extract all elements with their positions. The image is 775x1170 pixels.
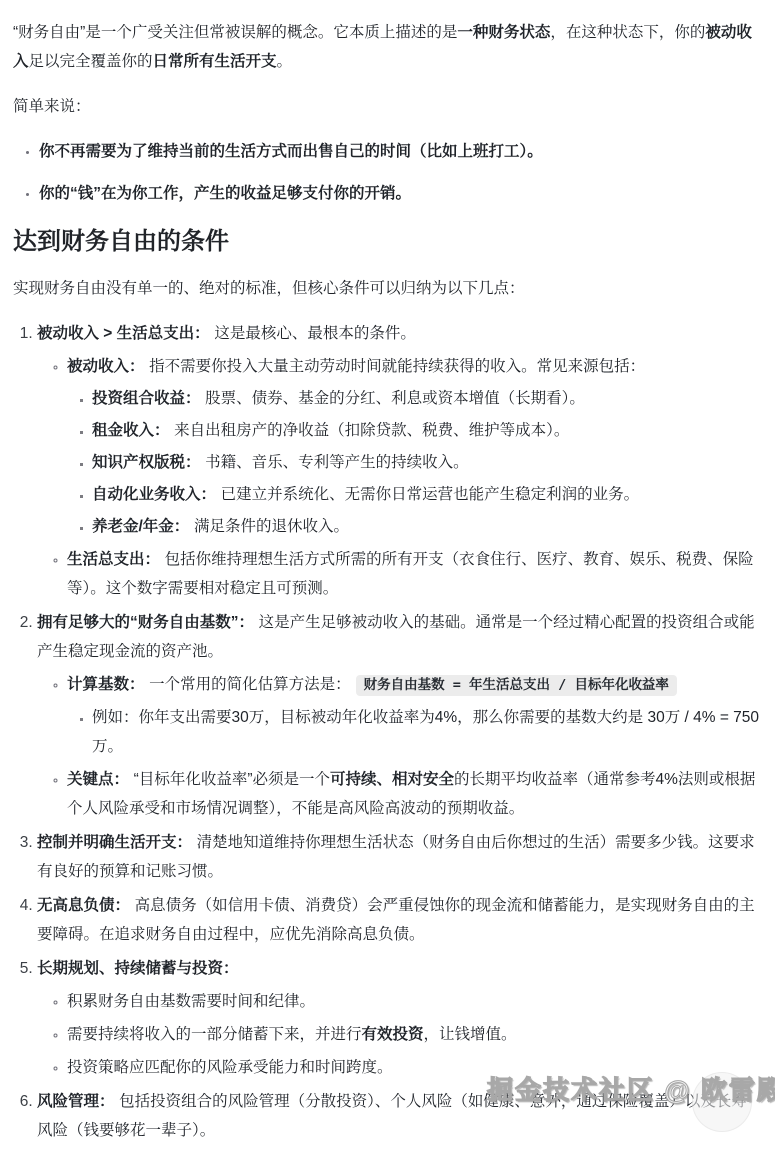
passive-income-subitem: 被动收入：指不需要你投入大量主动劳动时间就能持续获得的收入。常见来源包括： 投资… <box>67 352 761 541</box>
condition-item-3: 控制并明确生活开支：清楚地知道维持你理想生活状态（财务自由后你想过的生活）需要多… <box>37 828 761 886</box>
condition-item-5: 长期规划、持续储蓄与投资： 积累财务自由基数需要时间和纪律。 需要持续将收入的一… <box>37 954 761 1082</box>
subitem-text: ，让钱增值。 <box>424 1026 517 1043</box>
source-text: 书籍、音乐、专利等产生的持续收入。 <box>205 454 469 471</box>
condition-label: 无高息负债： <box>37 897 130 914</box>
income-source-item: 租金收入：来自出租房产的净收益（扣除贷款、税费、维护等成本）。 <box>92 416 761 445</box>
source-label: 养老金/年金： <box>92 518 189 535</box>
condition-label: 风险管理： <box>37 1093 115 1110</box>
subitem-label: 计算基数： <box>67 676 145 693</box>
example-text: 例如：你年支出需要30万，目标被动年化收益率为4%，那么你需要的基数大约是 30… <box>92 709 759 755</box>
income-source-item: 养老金/年金：满足条件的退休收入。 <box>92 512 761 541</box>
subitem-text: 需要持续将收入的一部分储蓄下来，并进行 <box>67 1026 362 1043</box>
subitem-text: 一个常用的简化估算方法是： <box>149 676 351 693</box>
source-text: 满足条件的退休收入。 <box>194 518 349 535</box>
source-label: 投资组合收益： <box>92 390 201 407</box>
subitem-text: 包括你维持理想生活方式所需的所有开支（衣食住行、医疗、教育、娱乐、税费、保险等）… <box>67 551 754 597</box>
intro-text: “财务自由”是一个广受关注但常被误解的概念。它本质上描述的是 <box>13 24 457 41</box>
condition-label: 拥有足够大的“财务自由基数”： <box>37 614 254 631</box>
formula-example-list: 例如：你年支出需要30万，目标被动年化收益率为4%，那么你需要的基数大约是 30… <box>67 703 761 761</box>
takeaway-item: 你不再需要为了维持当前的生活方式而出售自己的时间（比如上班打工）。 <box>39 137 761 166</box>
condition-label: 控制并明确生活开支： <box>37 834 192 851</box>
conditions-list: 被动收入 > 生活总支出：这是最核心、最根本的条件。 被动收入：指不需要你投入大… <box>13 319 761 1145</box>
subitem-bold: 有效投资 <box>362 1026 424 1043</box>
source-text: 来自出租房产的净收益（扣除贷款、税费、维护等成本）。 <box>174 422 569 439</box>
savings-subitem: 需要持续将收入的一部分储蓄下来，并进行有效投资，让钱增值。 <box>67 1020 761 1049</box>
condition-text: 高息债务（如信用卡债、消费贷）会严重侵蚀你的现金流和储蓄能力，是实现财务自由的主… <box>37 897 755 943</box>
takeaway-text: 你不再需要为了维持当前的生活方式而出售自己的时间（比如上班打工）。 <box>39 143 543 160</box>
section-heading: 达到财务自由的条件 <box>13 226 761 258</box>
key-point-subitem: 关键点：“目标年化收益率”必须是一个可持续、相对安全的长期平均收益率（通常参考4… <box>67 765 761 823</box>
condition-item-1: 被动收入 > 生活总支出：这是最核心、最根本的条件。 被动收入：指不需要你投入大… <box>37 319 761 603</box>
source-text: 已建立并系统化、无需你日常运营也能产生稳定利润的业务。 <box>221 486 640 503</box>
lead-in-paragraph: 简单来说： <box>13 92 761 121</box>
intro-text: 。 <box>277 53 293 70</box>
income-sources-list: 投资组合收益：股票、债券、基金的分红、利息或资本增值（长期看）。 租金收入：来自… <box>67 384 761 541</box>
subitem-text: “目标年化收益率”必须是一个 <box>134 771 330 788</box>
watermark: 掘金技术社区 @ 欧雷殿 <box>487 1070 775 1110</box>
takeaway-text: 你的“钱”在为你工作，产生的收益足够支付你的开销。 <box>39 185 411 202</box>
formula-example-item: 例如：你年支出需要30万，目标被动年化收益率为4%，那么你需要的基数大约是 30… <box>92 703 761 761</box>
savings-sublist: 积累财务自由基数需要时间和纪律。 需要持续将收入的一部分储蓄下来，并进行有效投资… <box>37 987 761 1082</box>
income-source-item: 投资组合收益：股票、债券、基金的分红、利息或资本增值（长期看）。 <box>92 384 761 413</box>
intro-text: 足以完全覆盖你的 <box>29 53 153 70</box>
savings-subitem: 积累财务自由基数需要时间和纪律。 <box>67 987 761 1016</box>
income-source-item: 知识产权版税：书籍、音乐、专利等产生的持续收入。 <box>92 448 761 477</box>
condition-label: 长期规划、持续储蓄与投资： <box>37 960 239 977</box>
condition-1-sublist: 被动收入：指不需要你投入大量主动劳动时间就能持续获得的收入。常见来源包括： 投资… <box>37 352 761 603</box>
income-source-item: 自动化业务收入：已建立并系统化、无需你日常运营也能产生稳定利润的业务。 <box>92 480 761 509</box>
living-expense-subitem: 生活总支出：包括你维持理想生活方式所需的所有开支（衣食住行、医疗、教育、娱乐、税… <box>67 545 761 603</box>
subitem-text: 指不需要你投入大量主动劳动时间就能持续获得的收入。常见来源包括： <box>149 358 645 375</box>
subitem-label: 生活总支出： <box>67 551 160 568</box>
subitem-label: 关键点： <box>67 771 129 788</box>
formula-code: 财务自由基数 = 年生活总支出 / 目标年化收益率 <box>356 675 677 696</box>
takeaways-list: 你不再需要为了维持当前的生活方式而出售自己的时间（比如上班打工）。 你的“钱”在… <box>13 137 761 208</box>
key-point-bold: 可持续、相对安全 <box>330 771 454 788</box>
conditions-intro-paragraph: 实现财务自由没有单一的、绝对的标准，但核心条件可以归纳为以下几点： <box>13 274 761 303</box>
article: “财务自由”是一个广受关注但常被误解的概念。它本质上描述的是一种财务状态，在这种… <box>0 0 775 1170</box>
takeaway-item: 你的“钱”在为你工作，产生的收益足够支付你的开销。 <box>39 179 761 208</box>
condition-item-4: 无高息负债：高息债务（如信用卡债、消费贷）会严重侵蚀你的现金流和储蓄能力，是实现… <box>37 891 761 949</box>
condition-text: 这是最核心、最根本的条件。 <box>214 325 416 342</box>
condition-item-2: 拥有足够大的“财务自由基数”：这是产生足够被动收入的基础。通常是一个经过精心配置… <box>37 608 761 823</box>
subitem-text: 积累财务自由基数需要时间和纪律。 <box>67 993 315 1010</box>
condition-label: 被动收入 > 生活总支出： <box>37 325 210 342</box>
intro-bold-expenses: 日常所有生活开支 <box>153 53 277 70</box>
intro-paragraph: “财务自由”是一个广受关注但常被误解的概念。它本质上描述的是一种财务状态，在这种… <box>13 18 761 76</box>
intro-bold-financial-state: 一种财务状态 <box>457 24 550 41</box>
source-label: 知识产权版税： <box>92 454 201 471</box>
source-label: 自动化业务收入： <box>92 486 216 503</box>
source-label: 租金收入： <box>92 422 170 439</box>
source-text: 股票、债券、基金的分红、利息或资本增值（长期看）。 <box>205 390 585 407</box>
subitem-text: 投资策略应匹配你的风险承受能力和时间跨度。 <box>67 1059 393 1076</box>
intro-text: ，在这种状态下，你的 <box>550 24 705 41</box>
condition-2-sublist: 计算基数：一个常用的简化估算方法是：财务自由基数 = 年生活总支出 / 目标年化… <box>37 670 761 823</box>
calc-base-subitem: 计算基数：一个常用的简化估算方法是：财务自由基数 = 年生活总支出 / 目标年化… <box>67 670 761 761</box>
subitem-label: 被动收入： <box>67 358 145 375</box>
